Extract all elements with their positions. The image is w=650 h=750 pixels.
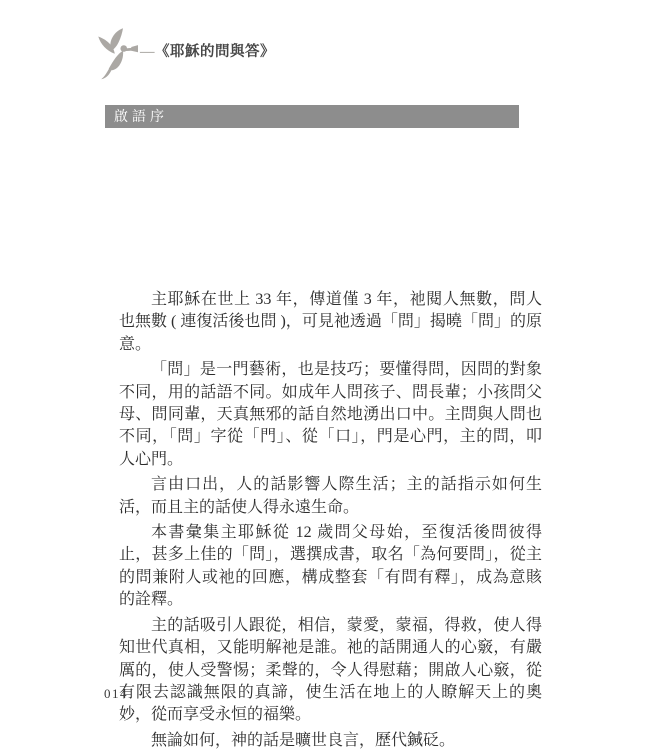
section-heading: 啟語序: [114, 108, 168, 124]
body-text: 主耶穌在世上 33 年，傳道僅 3 年，祂閱人無數，問人也無數 ( 連復活後也問…: [119, 289, 542, 750]
trumpet-line: —: [140, 44, 155, 60]
body-paragraph-3: 言由口出，人的話影響人際生活；主的話指示如何生活，而且主的話使人得永遠生命。: [119, 474, 542, 519]
body-paragraph-4: 本書彙集主耶穌從 12 歲問父母始，至復活後問彼得止，甚多上佳的「問」，選撰成書…: [119, 522, 542, 612]
book-title-row: —《耶穌的問與答》: [140, 40, 275, 61]
body-paragraph-6: 無論如何，神的話是曠世良言，歷代鍼砭。: [119, 730, 542, 750]
angel-trumpet-icon: [96, 26, 144, 86]
book-title: 《耶穌的問與答》: [155, 44, 275, 60]
page-number: 014: [104, 686, 128, 702]
book-page: —《耶穌的問與答》 啟語序 主耶穌在世上 33 年，傳道僅 3 年，祂閱人無數，…: [0, 0, 650, 750]
body-paragraph-2: 「問」是一門藝術，也是技巧；要懂得問，因問的對象不同，用的話語不同。如成年人問孩…: [119, 359, 542, 471]
body-paragraph-5: 主的話吸引人跟從，相信，蒙愛，蒙福，得救，使人得知世代真相，又能明解祂是誰。祂的…: [119, 615, 542, 727]
body-paragraph-1: 主耶穌在世上 33 年，傳道僅 3 年，祂閱人無數，問人也無數 ( 連復活後也問…: [119, 289, 542, 356]
section-heading-bar: 啟語序: [105, 105, 519, 128]
